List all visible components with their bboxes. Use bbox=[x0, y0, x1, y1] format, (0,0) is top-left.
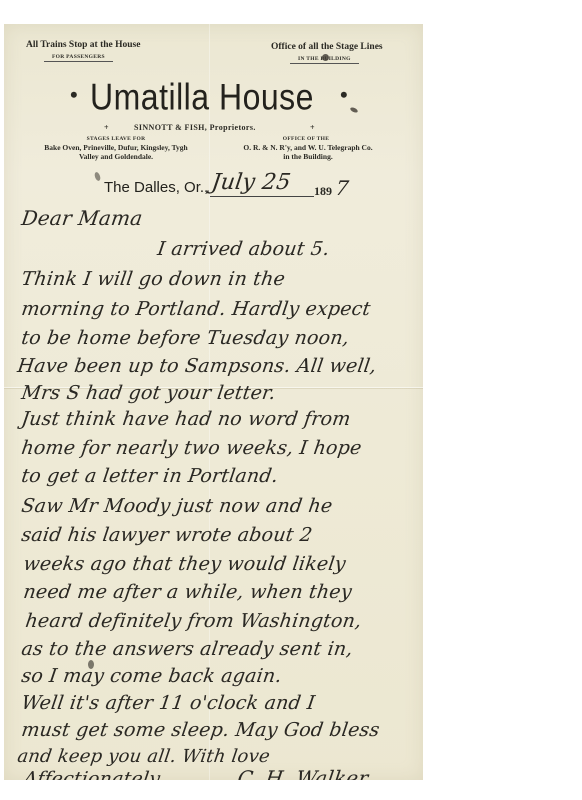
ink-smudge bbox=[94, 171, 102, 181]
handwritten-date: July 25 bbox=[210, 170, 292, 195]
office-line-2: in the Building. bbox=[226, 153, 390, 162]
letter-line: as to the answers already sent in, bbox=[20, 638, 354, 660]
letter-line: home for nearly two weeks, I hope bbox=[20, 437, 363, 459]
letter-paper: All Trains Stop at the House FOR PASSENG… bbox=[4, 24, 423, 780]
proprietors: SINNOTT & FISH, Proprietors. bbox=[134, 123, 256, 132]
main-title: Umatilla House bbox=[90, 76, 314, 119]
left-corner-subtitle: FOR PASSENGERS bbox=[44, 54, 113, 62]
letter-line: said his lawyer wrote about 2 bbox=[20, 524, 314, 546]
letter-line: Saw Mr Moody just now and he bbox=[20, 495, 334, 517]
letter-line: I arrived about 5. bbox=[156, 238, 331, 260]
letter-line: Well it's after 11 o'clock and I bbox=[20, 692, 316, 714]
date-underline bbox=[210, 196, 314, 197]
printed-year: 189 bbox=[314, 184, 332, 199]
closing: Affectionately bbox=[22, 768, 162, 780]
stages-heading: STAGES LEAVE FOR bbox=[66, 136, 166, 142]
title-dot-right: • bbox=[340, 82, 348, 108]
letter-line: Think I will go down in the bbox=[20, 268, 287, 290]
ink-blot bbox=[350, 106, 359, 113]
cross-left: + bbox=[104, 123, 109, 132]
salutation: Dear Mama bbox=[20, 206, 144, 230]
letter-line: to be home before Tuesday noon, bbox=[20, 327, 351, 349]
letter-line: heard definitely from Washington, bbox=[24, 610, 363, 632]
right-corner-title: Office of all the Stage Lines bbox=[271, 42, 383, 52]
letter-line: so I may come back again. bbox=[20, 665, 283, 687]
handwritten-year-digit: 7 bbox=[334, 176, 350, 200]
cross-right: + bbox=[310, 123, 315, 132]
letter-line: must get some sleep. May God bless bbox=[20, 719, 381, 741]
dateline-place: The Dalles, Or., bbox=[104, 179, 208, 196]
letter-line: to get a letter in Portland. bbox=[20, 465, 280, 487]
title-dot-left: • bbox=[70, 82, 78, 108]
stages-line-2: Valley and Goldendale. bbox=[24, 153, 208, 162]
letter-line: Mrs S had got your letter. bbox=[20, 382, 277, 404]
letter-line: Just think have had no word from bbox=[20, 408, 352, 430]
letter-line: weeks ago that they would likely bbox=[22, 553, 347, 575]
left-corner-title: All Trains Stop at the House bbox=[26, 40, 140, 50]
letter-line: Have been up to Sampsons. All well, bbox=[16, 355, 378, 377]
ink-blot bbox=[322, 54, 329, 61]
signature: C. H. Walker bbox=[236, 766, 370, 780]
letter-line: and keep you all. With love bbox=[16, 746, 271, 767]
letter-line: need me after a while, when they bbox=[22, 581, 353, 603]
office-heading: OFFICE OF THE bbox=[266, 136, 346, 142]
letter-line: morning to Portland. Hardly expect bbox=[20, 298, 372, 320]
